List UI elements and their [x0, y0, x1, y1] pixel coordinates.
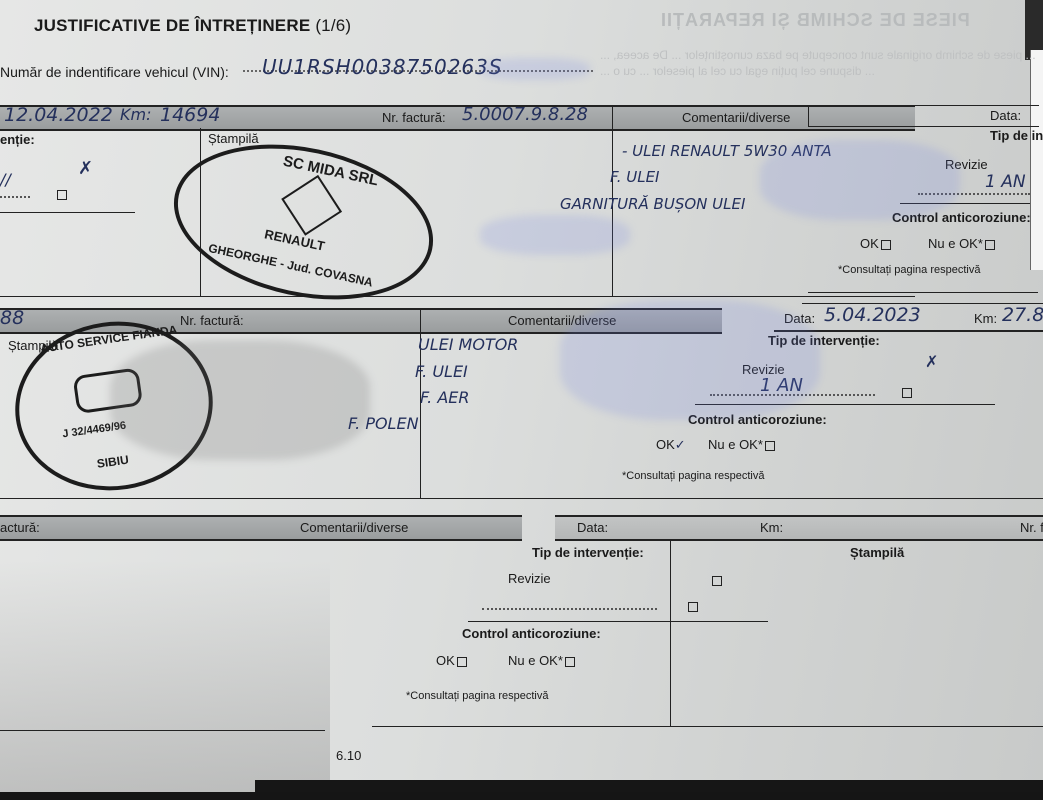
entry2-km-label: Km: — [974, 308, 997, 330]
entry2-km: 27.850 — [1002, 304, 1043, 326]
entry2-km-partial: 88 — [0, 307, 24, 329]
entry3-consult-note: *Consultați pagina respectivă — [406, 690, 548, 702]
background-edge — [0, 792, 1043, 800]
entry1-ok-checkbox[interactable]: OK — [860, 236, 891, 251]
entry3-not-ok-checkbox[interactable]: Nu e OK* — [508, 653, 575, 668]
entry3-revizie-label: Revizie — [508, 571, 551, 586]
divider — [0, 212, 135, 213]
entry2-comment-line: F. AER — [420, 388, 469, 407]
vin-label: Număr de indentificare vehicul (VIN): — [0, 64, 229, 80]
entry1-consult-note: *Consultați pagina respectivă — [838, 264, 980, 276]
entry1-comments-label: Comentarii/diverse — [682, 107, 790, 129]
entry1-other-checkbox[interactable] — [55, 186, 67, 201]
entry1-not-ok-checkbox[interactable]: Nu e OK* — [928, 236, 995, 251]
dotted-line — [0, 196, 30, 198]
entry2-comment-line: F. POLEN — [348, 414, 419, 433]
divider — [670, 540, 671, 726]
document-photo: PIESE DE SCHIMB ȘI REPARAȚII ... piese d… — [0, 0, 1043, 800]
entry3-revizie-checkbox[interactable] — [710, 572, 722, 587]
entry2-not-ok-checkbox[interactable]: Nu e OK* — [708, 437, 775, 452]
entry1-intervention-label: enție: — [0, 132, 35, 147]
entry3-invoice-label: actură: — [0, 517, 40, 539]
dotted-line — [482, 608, 657, 610]
entry1-date: 12.04.2022 — [4, 104, 113, 126]
page-number: 6.10 — [336, 748, 361, 763]
stamp-company: SC MIDA SRL — [281, 153, 379, 190]
entry1-comment-line: GARNITURĂ BUȘON ULEI — [560, 195, 745, 213]
entry3-km-label: Km: — [760, 517, 783, 539]
divider — [468, 621, 768, 622]
entry2-comment-line: F. ULEI — [415, 362, 468, 381]
entry3-header: actură: Comentarii/diverse — [0, 515, 522, 541]
divider — [372, 726, 1043, 727]
entry1-comment-line: F. ULEI — [610, 168, 659, 186]
entry1-date-label: Data: — [990, 108, 1021, 123]
entry3-other-checkbox[interactable] — [686, 598, 698, 613]
entry1-km: 14694 — [160, 104, 220, 126]
mirrored-line: ... dispune cel puțin egal cu cel al pie… — [600, 64, 875, 78]
divider — [0, 296, 915, 297]
entry1-invoice: 5.0007.9.8.28 — [462, 104, 588, 126]
entry1-km-label: Km: — [120, 104, 151, 126]
print-shadow — [110, 340, 370, 460]
entry3-intervention-label: Tip de intervenție: — [532, 545, 644, 560]
divider — [0, 498, 608, 499]
divider — [808, 292, 1038, 293]
ink-smudge — [480, 58, 590, 80]
entry1-other-intervention: 1 AN — [985, 172, 1026, 192]
entry1-stamp-label: Ștampilă — [208, 131, 259, 146]
entry1-invoice-label: Nr. factură: — [382, 107, 446, 129]
entry2-ok-checkbox[interactable]: OK✓ — [656, 437, 686, 453]
ink-smudge — [480, 215, 630, 255]
entry2-other-checkbox[interactable] — [900, 384, 912, 399]
entry3-stamp-label: Ștampilă — [850, 545, 904, 560]
title-text: JUSTIFICATIVE DE ÎNTREȚINERE — [34, 16, 310, 35]
shadow — [0, 560, 330, 800]
entry1-service-stamp: SC MIDA SRL RENAULT GHEORGHE - Jud. COVA… — [159, 122, 447, 321]
entry1-header: 12.04.2022 Km: 14694 Nr. factură: 5.0007… — [0, 105, 612, 131]
entry3-invoice-label-right: Nr. factură: — [1020, 517, 1043, 539]
stamp-brand: RENAULT — [263, 226, 326, 253]
entry2-comment-line: ULEI MOTOR — [418, 335, 518, 354]
entry3-date-label: Data: — [577, 517, 608, 539]
title-page-indicator: (1/6) — [315, 16, 351, 35]
entry2-date: 5.04.2023 — [824, 304, 921, 326]
entry2-consult-note: *Consultați pagina respectivă — [622, 470, 764, 482]
entry3-date-row: Data: Km: Nr. factură: — [555, 515, 1043, 541]
entry2-revizie-check: ✗ — [925, 352, 938, 371]
divider — [0, 730, 325, 731]
entry1-check-mark: ✗ — [78, 158, 93, 179]
mirrored-heading: PIESE DE SCHIMB ȘI REPARAȚII — [660, 10, 970, 31]
divider — [600, 498, 1043, 499]
entry3-ok-checkbox[interactable]: OK — [436, 653, 467, 668]
renault-logo-icon — [281, 175, 342, 236]
stamp-location: GHEORGHE - Jud. COVASNA — [207, 241, 374, 290]
entry2-invoice-label: Nr. factură: — [180, 310, 244, 332]
vin-value: UU1RSH0038750263S — [262, 55, 503, 79]
entry1-other-partial: // — [0, 170, 11, 189]
next-page-edge — [1030, 50, 1043, 270]
ink-smudge — [560, 300, 820, 420]
entry3-anticorrosion-label: Control anticoroziune: — [462, 626, 601, 641]
ink-smudge — [760, 140, 960, 220]
entry2-date-row: Data: 5.04.2023 Km: 27.850 — [774, 308, 1043, 332]
stamp-city: SIBIU — [96, 453, 130, 471]
entry1-intervention-label-right: Tip de intervenție: — [990, 128, 1043, 143]
mirrored-line: ... piese de schimb originale sunt conce… — [600, 48, 1036, 62]
entry3-comments-label: Comentarii/diverse — [300, 517, 408, 539]
document-title: JUSTIFICATIVE DE ÎNTREȚINERE (1/6) — [34, 16, 351, 36]
